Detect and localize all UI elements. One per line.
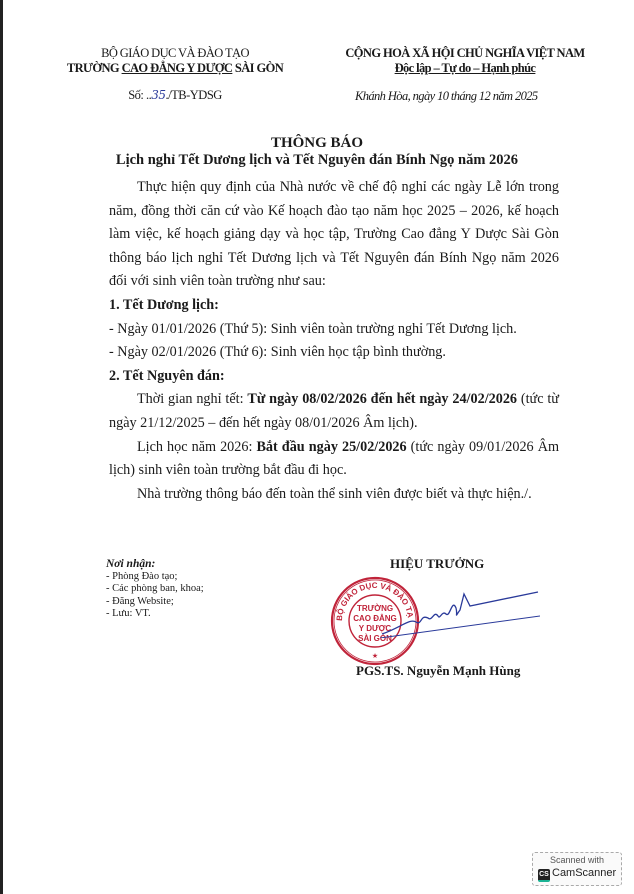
document-number: Số: ..35./TB-YDSG [62,88,288,103]
school-prefix: TRƯỜNG [67,61,122,75]
signature-icon [380,588,540,638]
number-value: 35 [151,88,165,102]
recipients-heading: Nơi nhận: [106,558,204,571]
watermark-line2: CamScanner [552,867,616,879]
school-paragraph: Lịch học năm 2026: Bắt đầu ngày 25/02/20… [109,436,559,483]
signer-name: PGS.TS. Nguyễn Mạnh Hùng [356,663,520,679]
school-label: Lịch học năm 2026: [137,439,256,455]
school-underlined: CAO ĐẲNG Y DƯỢC [122,61,233,75]
recipient-item: - Phòng Đào tạo; [106,571,204,584]
school-suffix: SÀI GÒN [232,61,283,75]
motto: Độc lập – Tự do – Hạnh phúc [395,61,536,75]
intro-paragraph: Thực hiện quy định của Nhà nước về chế đ… [109,176,559,294]
section2-heading: 2. Tết Nguyên đán: [109,365,559,389]
header-left: BỘ GIÁO DỤC VÀ ĐÀO TẠO TRƯỜNG CAO ĐẲNG Y… [62,46,288,76]
section1-item: - Ngày 01/01/2026 (Thứ 5): Sinh viên toà… [109,318,559,342]
document-body: Thực hiện quy định của Nhà nước về chế đ… [109,176,559,506]
watermark-line1: Scanned with [533,855,621,865]
recipient-item: - Các phòng ban, khoa; [106,583,204,596]
recipients: Nơi nhận: - Phòng Đào tạo; - Các phòng b… [106,558,204,621]
section1-item: - Ngày 02/01/2026 (Thứ 6): Sinh viên học… [109,341,559,365]
document-subtitle: Lịch nghỉ Tết Dương lịch và Tết Nguyên đ… [0,152,634,169]
camscanner-watermark: Scanned with CS CamScanner [532,852,622,886]
holiday-paragraph: Thời gian nghỉ tết: Từ ngày 08/02/2026 đ… [109,388,559,435]
signer-title: HIỆU TRƯỞNG [390,556,484,572]
number-suffix: ./TB-YDSG [166,88,222,102]
country-name: CỘNG HOÀ XÃ HỘI CHỦ NGHĨA VIỆT NAM [320,46,610,61]
place-date: Khánh Hòa, ngày 10 tháng 12 năm 2025 [355,89,538,104]
recipient-item: - Đăng Website; [106,596,204,609]
closing-paragraph: Nhà trường thông báo đến toàn thể sinh v… [109,483,559,507]
camscanner-logo-icon: CS [538,869,550,882]
header-right: CỘNG HOÀ XÃ HỘI CHỦ NGHĨA VIỆT NAM Độc l… [320,46,610,76]
svg-text:★: ★ [372,652,378,660]
holiday-dates: Từ ngày 08/02/2026 đến hết ngày 24/02/20… [247,391,517,407]
ministry-name: BỘ GIÁO DỤC VÀ ĐÀO TẠO [62,46,288,61]
recipient-item: - Lưu: VT. [106,608,204,621]
document-title: THÔNG BÁO [0,135,634,152]
section1-heading: 1. Tết Dương lịch: [109,294,559,318]
holiday-label: Thời gian nghỉ tết: [137,391,247,407]
school-start: Bắt đầu ngày 25/02/2026 [256,439,406,455]
school-name: TRƯỜNG CAO ĐẲNG Y DƯỢC SÀI GÒN [62,61,288,76]
number-label: Số: .. [128,88,151,102]
